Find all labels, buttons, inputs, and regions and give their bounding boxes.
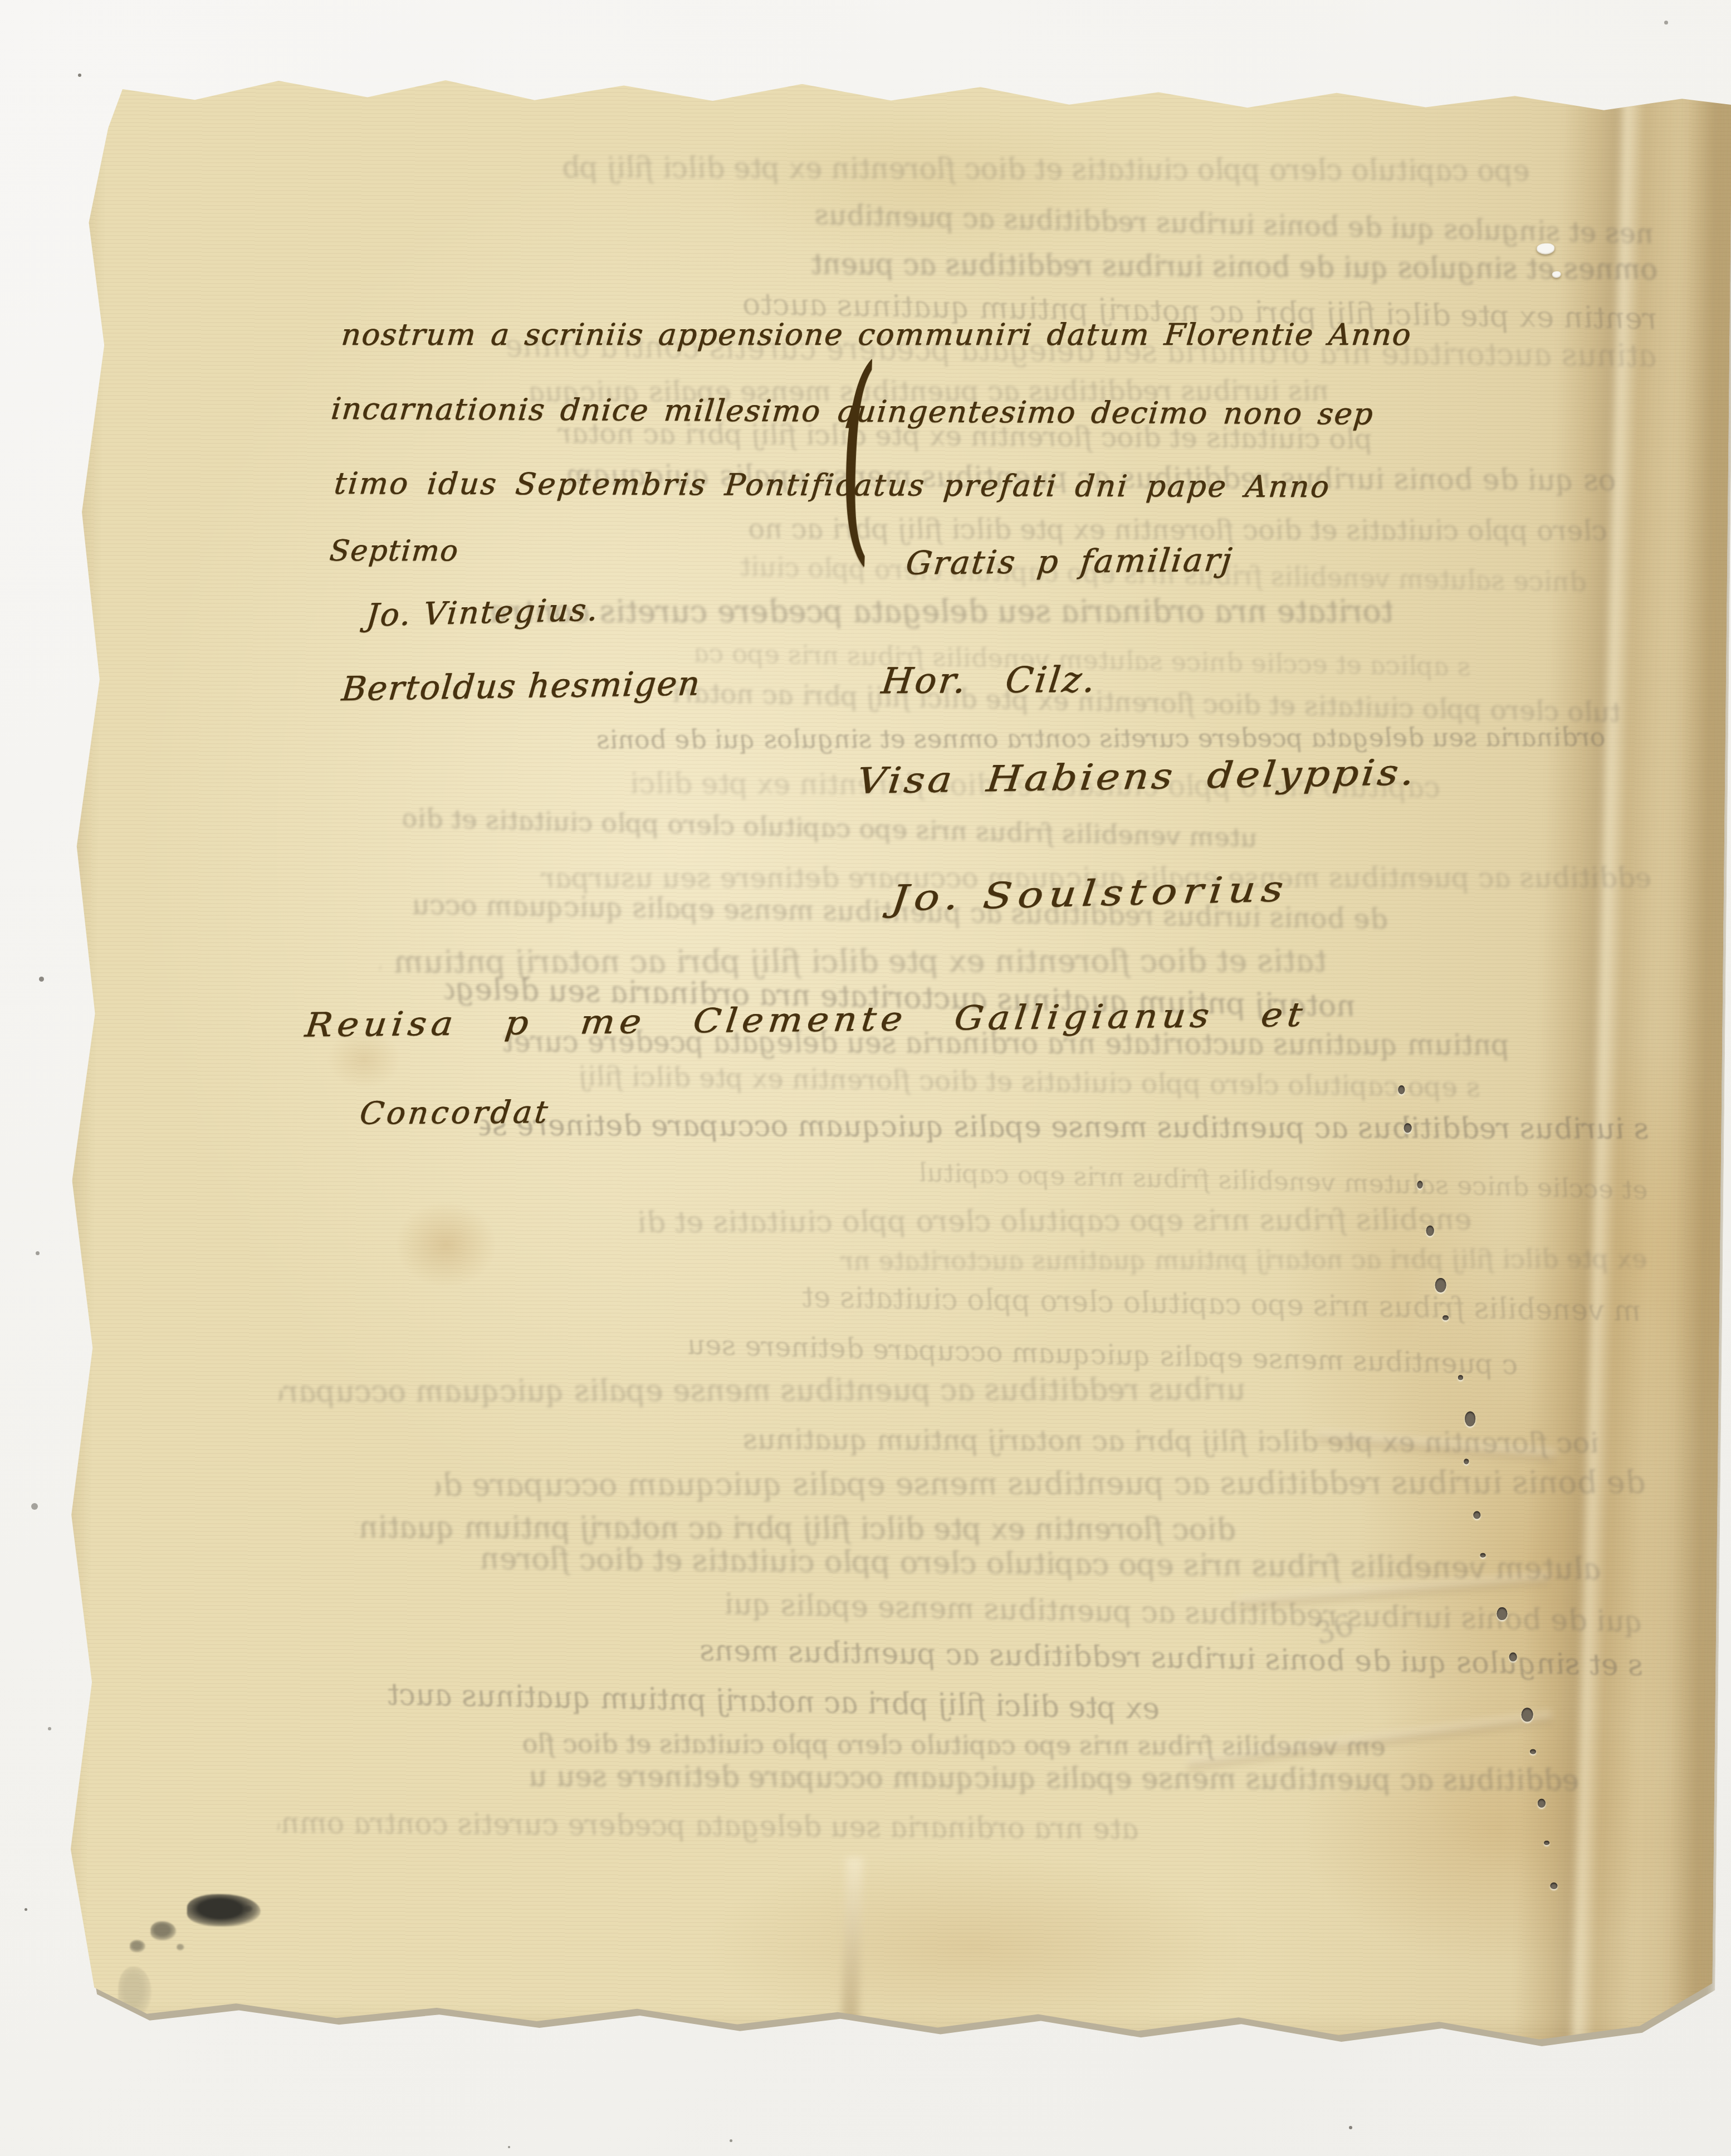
signature-brace: (: [835, 320, 879, 586]
fold-crease-secondary: [1666, 5, 1731, 2100]
dust-speck: [508, 2146, 510, 2148]
dust-speck: [48, 1727, 51, 1730]
bleedthrough-line: ate nra ordinaria seu delegata pcedere c…: [276, 1806, 1141, 1846]
signature-jo-vintegius: Jo. Vintegius.: [365, 592, 600, 633]
body-line-4: Septimo: [328, 534, 460, 568]
worm-hole: [1435, 1278, 1446, 1292]
manuscript-page: epo capitulo clero pplo ciuitatis et dio…: [35, 11, 1731, 2078]
worm-hole: [1426, 1226, 1434, 1236]
page-area: epo capitulo clero pplo ciuitatis et dio…: [35, 11, 1731, 2078]
pencil-mark: 36: [1311, 1607, 1357, 1652]
worm-hole: [1497, 1607, 1508, 1620]
signature-bertoldus-hesmigen: Bertoldus hesmigen: [340, 664, 702, 709]
bleedthrough-line: omnes et singulos qui de bonis iuribus r…: [399, 246, 1660, 287]
note-concordat: Concordat: [358, 1094, 552, 1131]
worm-hole: [1538, 1799, 1546, 1808]
signature-jo-soulstorius: Jo. Soulstorius: [889, 869, 1290, 920]
worm-hole: [1464, 1459, 1469, 1465]
scanned-manuscript: epo capitulo clero pplo ciuitatis et dio…: [0, 0, 1731, 2156]
bleedthrough-line: qui de bonis iuribus redditibus ac puent…: [502, 1583, 1646, 1638]
worm-hole: [1480, 1553, 1486, 1557]
bleedthrough-line: tatis et dioc florentin ex pte dilci fil…: [379, 943, 1328, 981]
bleedthrough-line: utem venebilis fribus nris epo capitulo …: [402, 803, 1259, 853]
worm-hole: [1509, 1653, 1517, 1662]
worm-hole: [1458, 1375, 1464, 1380]
note-reuisa: Reuisa p me Clemente Galligianus et: [303, 996, 1309, 1045]
fold-crease: [1511, 3, 1683, 2100]
bleedthrough-line: de bonis iuribus redditibus ac puentibus…: [434, 1465, 1647, 1504]
bleedthrough-line: clero pplo ciuitatis et dioc florentin e…: [376, 512, 1609, 547]
bleedthrough-line: et ecclie dnice salutem venebilis fribus…: [464, 1147, 1650, 1206]
bleedthrough-line: epo capitulo clero pplo ciuitatis et dio…: [531, 151, 1532, 188]
signature-hor-cilz: Hor. Cilz.: [879, 660, 1099, 703]
bleedthrough-line: edditibus ac puentibus mense epalis quic…: [344, 1759, 1581, 1798]
dust-speck: [730, 2139, 732, 2142]
ink-blot-satellite: [244, 1905, 253, 1912]
worm-hole: [1521, 1708, 1533, 1721]
paper-hole: [1537, 243, 1554, 255]
wrinkle-line: [842, 1857, 863, 2025]
bleedthrough-line: dioc florentin ex pte dilci filij pbri a…: [354, 1510, 1238, 1547]
dust-speck: [39, 977, 44, 982]
bleedthrough-line: c puentibus mense epalis quicquam occupa…: [413, 1321, 1520, 1381]
bleedthrough-line: s iuribus redditibus ac puentibus mense …: [478, 1108, 1651, 1146]
bleedthrough-line: alutem venebilis fribus nris epo capitul…: [319, 1539, 1603, 1587]
worm-hole: [1473, 1511, 1480, 1519]
bleedthrough-line: uribus redditibus ac puentibus mense epa…: [278, 1372, 1248, 1409]
wrinkle-line: [1186, 1711, 1552, 1770]
ink-blot-satellite: [130, 1940, 145, 1952]
bleedthrough-line: ex pte dilci filij pbri ac notarij pntiu…: [449, 1244, 1649, 1277]
body-line-3: timo idus Septembris Pontificatus prefat…: [332, 466, 1332, 504]
ink-blot-satellite: [177, 1944, 184, 1950]
note-visa-delyppis: Visa Habiens delyppis.: [855, 752, 1419, 802]
bleedthrough-line: m venebilis fribus nris epo capitulo cle…: [521, 1276, 1644, 1328]
dust-speck: [25, 1908, 27, 1911]
dust-speck: [36, 1251, 40, 1255]
dust-speck: [1349, 2126, 1352, 2129]
dust-speck: [31, 1503, 38, 1510]
wrinkle-line: [1317, 1431, 1556, 1462]
worm-hole: [1465, 1411, 1476, 1426]
bleedthrough-line: enebilis fribus nris epo capitulo clero …: [527, 1203, 1473, 1240]
dust-speck: [78, 74, 81, 77]
bleedthrough-line: ex pte dilci filij pbri ac notarij pntiu…: [249, 1675, 1162, 1726]
bleedthrough-line: nes et singulos qui de bonis iuribus red…: [462, 191, 1656, 250]
note-gratis: Gratis p familiarj: [904, 541, 1235, 582]
bleedthrough-line: s et singulos qui de bonis iuribus reddi…: [316, 1628, 1645, 1683]
worm-hole: [1443, 1315, 1449, 1321]
worm-hole: [1398, 1085, 1405, 1094]
ink-blot-satellite: [150, 1921, 176, 1940]
bleedthrough-line: ordinaria seu delegata pcedere curetis c…: [260, 722, 1607, 755]
worm-hole: [1417, 1181, 1422, 1188]
worm-hole: [1404, 1123, 1411, 1133]
dust-speck: [1664, 21, 1668, 25]
wrinkle-line: [1238, 1573, 1549, 1609]
